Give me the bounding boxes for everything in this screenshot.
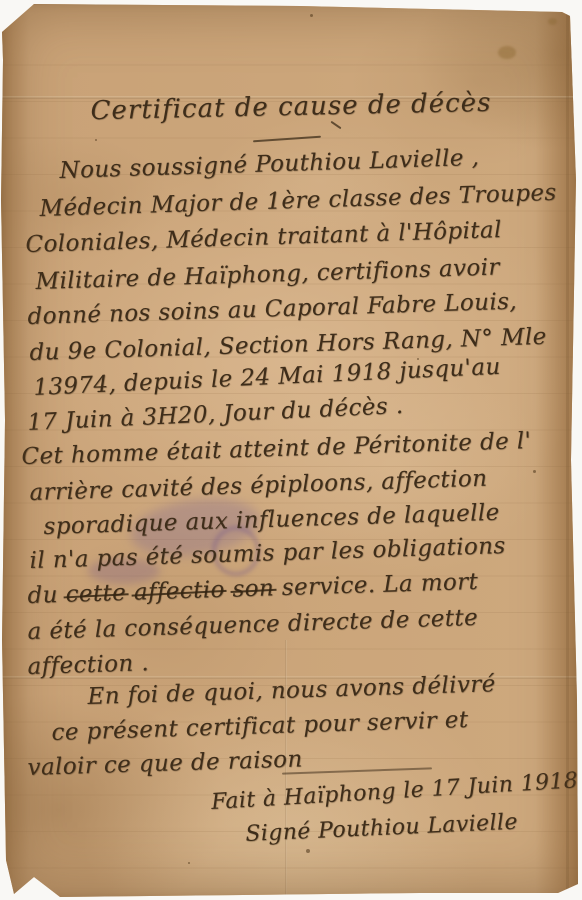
speck [95, 139, 97, 141]
title-accent-mark [331, 121, 342, 130]
handwritten-line: En foi de quoi, nous avons délivré [87, 671, 496, 710]
handwritten-line: Militaire de Haïphong, certifions avoir [35, 254, 500, 295]
handwritten-line: sporadique aux influences de laquelle [43, 500, 500, 540]
handwritten-line: donné nos soins au Caporal Fabre Louis, [27, 289, 517, 330]
handwritten-line: il n'a pas été soumis par les obligation… [29, 533, 506, 574]
handwritten-line: Nous soussigné Pouthiou Lavielle , [59, 145, 479, 184]
title-separator [253, 136, 321, 143]
document-title: Certificat de cause de décès [0, 86, 582, 128]
place-date-line: Fait à Haïphong le 17 Juin 1918 [211, 768, 579, 815]
stain [498, 46, 516, 59]
handwritten-line: Cet homme était atteint de Péritonite de… [21, 428, 532, 470]
trailing-underline [282, 767, 432, 774]
speck [188, 862, 190, 864]
speck [533, 470, 536, 473]
handwritten-line: affection . [27, 650, 149, 680]
signature-line: Signé Pouthiou Lavielle [245, 810, 519, 847]
speck [310, 14, 313, 17]
struck-word: affectio [134, 577, 226, 606]
paper-sheet: Certificat de cause de décès Nous soussi… [0, 0, 582, 900]
handwritten-line-corrected: du cette affectio son service. La mort [27, 569, 478, 609]
handwritten-line: Médecin Major de 1ère classe des Troupes [39, 180, 557, 222]
struck-word: son [232, 575, 274, 602]
handwritten-line: valoir ce que de raison [27, 746, 303, 781]
corrected-post: service. La mort [274, 569, 479, 601]
handwritten-line: ce présent certificat pour servir et [51, 707, 469, 746]
struck-word: cette [65, 580, 126, 608]
corrected-pre: du [27, 582, 66, 609]
scanned-document: Certificat de cause de décès Nous soussi… [0, 0, 582, 900]
handwritten-line: a été la conséquence directe de cette [27, 605, 478, 645]
handwritten-line: Coloniales, Médecin traitant à l'Hôpital [25, 217, 502, 258]
vertical-crease [566, 0, 569, 900]
handwritten-line: arrière cavité des épiploons, affection [29, 466, 488, 506]
stain [548, 18, 557, 25]
handwritten-line: 17 Juin à 3H20, Jour du décès . [27, 393, 404, 436]
speck [306, 849, 310, 853]
